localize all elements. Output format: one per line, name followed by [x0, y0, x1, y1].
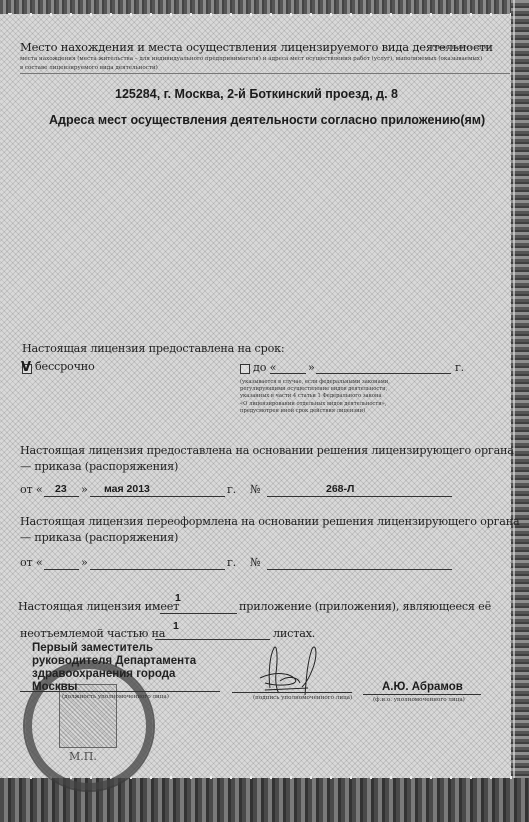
name-hint: (ф.и.о. уполномоченного лица)	[373, 697, 465, 703]
signer-position-line: Москвы	[32, 681, 196, 694]
check-mark-icon: V	[21, 361, 31, 374]
signer-position-line: Первый заместитель	[32, 642, 196, 655]
quote-close: »	[308, 361, 315, 374]
activity-addresses: Адреса мест осуществления деятельности с…	[49, 113, 485, 127]
signer-name: А.Ю. Абрамов	[382, 681, 463, 693]
reissued-line-1: Настоящая лицензия переоформлена на осно…	[20, 515, 519, 528]
location-hint: в составе лицензируемого вида деятельнос…	[20, 65, 158, 71]
year-suffix: г.	[227, 483, 236, 496]
granted-month-field[interactable]	[90, 496, 225, 497]
attachments-sheets: 1	[173, 620, 179, 632]
attachments-count-field[interactable]	[160, 613, 237, 614]
attachments-line-1-prefix: Настоящая лицензия имеет	[18, 600, 179, 613]
license-page: Место нахождения и места осуществления л…	[0, 0, 529, 822]
reissued-day-field[interactable]	[44, 569, 79, 570]
until-day-field[interactable]	[270, 373, 306, 374]
position-line	[20, 691, 220, 692]
signature-hint: (подпись уполномоченного лица)	[253, 695, 352, 701]
reissued-from-label: от «	[20, 556, 43, 569]
granted-month-year: мая 2013	[104, 483, 150, 495]
granted-number-field[interactable]	[267, 496, 452, 497]
granted-day: 23	[55, 483, 67, 495]
location-hint: места нахождения (места жительства – для…	[20, 56, 482, 62]
location-hint: (указываются адрес	[432, 45, 492, 51]
granted-line-2: — приказа (распоряжения)	[20, 460, 178, 473]
granted-number: 268-Л	[326, 483, 354, 495]
reissued-month-field[interactable]	[90, 569, 225, 570]
divider	[20, 73, 510, 74]
stamp-label: М.П.	[69, 750, 97, 763]
number-label: №	[250, 556, 260, 569]
handwritten-signature-icon	[250, 643, 340, 698]
granted-from-label: от «	[20, 483, 43, 496]
signer-position-line: руководителя Департамента	[32, 655, 196, 668]
signer-position: Первый заместитель руководителя Департам…	[32, 642, 196, 694]
location-heading: Место нахождения и места осуществления л…	[20, 40, 493, 54]
decorative-border-right	[511, 0, 529, 822]
number-label: №	[250, 483, 260, 496]
until-date-field[interactable]	[316, 373, 451, 374]
unlimited-label: бессрочно	[35, 360, 95, 373]
attachments-line-2-suffix: листах.	[273, 627, 315, 640]
attachments-line-1-suffix: приложение (приложения), являющееся её	[239, 600, 491, 613]
signature-line	[232, 692, 352, 693]
license-address: 125284, г. Москва, 2-й Боткинский проезд…	[115, 87, 398, 101]
until-checkbox[interactable]	[240, 364, 250, 374]
term-note: (указывается в случае, если федеральными…	[240, 379, 390, 415]
decorative-border-top	[0, 0, 529, 14]
year-suffix: г.	[227, 556, 236, 569]
reissued-number-field[interactable]	[267, 569, 452, 570]
granted-line-1: Настоящая лицензия предоставлена на осно…	[20, 444, 514, 457]
position-hint: (должность уполномоченного лица)	[62, 694, 169, 700]
reissued-line-2: — приказа (распоряжения)	[20, 531, 178, 544]
attachments-sheets-field[interactable]	[155, 639, 270, 640]
term-label: Настоящая лицензия предоставлена на срок…	[22, 342, 284, 355]
quote-close: »	[81, 556, 88, 569]
signer-position-line: здравоохранения города	[32, 668, 196, 681]
name-line	[363, 694, 481, 695]
granted-day-field[interactable]	[44, 496, 79, 497]
year-suffix: г.	[455, 361, 464, 374]
attachments-line-2-prefix: неотъемлемой частью на	[20, 627, 165, 640]
quote-close: »	[81, 483, 88, 496]
attachments-count: 1	[175, 592, 181, 604]
